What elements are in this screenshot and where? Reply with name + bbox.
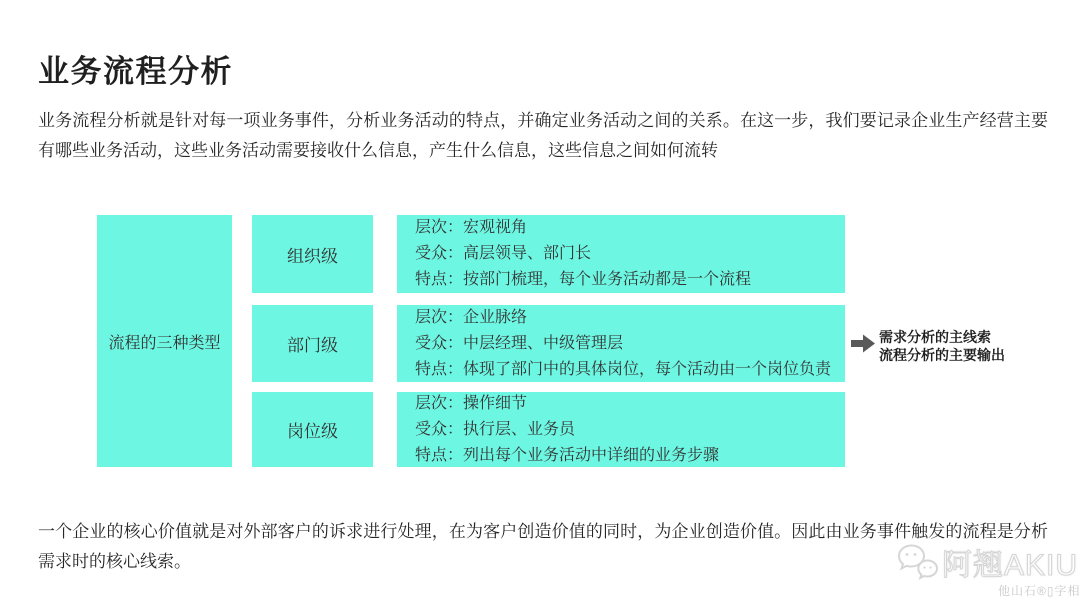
root-box-label: 流程的三种类型	[108, 330, 220, 353]
arrow-right-icon	[851, 334, 875, 358]
watermark-name: 阿翘AKIU	[942, 540, 1078, 584]
detail-line: 层次：企业脉络	[415, 305, 845, 331]
arrow-note-line-1: 需求分析的主线索	[879, 328, 1005, 346]
detail-line: 受众：执行层、业务员	[415, 417, 845, 443]
level-box-position: 岗位级	[252, 392, 373, 467]
detail-line: 受众：中层经理、中级管理层	[415, 331, 845, 357]
level-box-department: 部门级	[252, 305, 373, 382]
watermark: 阿翘AKIU	[896, 538, 1076, 584]
detail-box-department: 层次：企业脉络 受众：中层经理、中级管理层 特点：体现了部门中的具体岗位，每个活…	[397, 305, 845, 382]
detail-box-position: 层次：操作细节 受众：执行层、业务员 特点：列出每个业务活动中详细的业务步骤	[397, 392, 845, 467]
detail-line: 特点：列出每个业务活动中详细的业务步骤	[415, 443, 845, 469]
level-box-label: 岗位级	[287, 417, 338, 442]
level-box-label: 部门级	[287, 331, 338, 356]
level-box-label: 组织级	[287, 242, 338, 267]
watermark-subtext: 他山石®▯字相	[998, 582, 1080, 599]
root-box-process-types: 流程的三种类型	[97, 215, 232, 467]
arrow-note: 需求分析的主线索 流程分析的主要输出	[879, 328, 1005, 364]
detail-line: 层次：宏观视角	[415, 215, 845, 241]
detail-line: 层次：操作细节	[415, 391, 845, 417]
detail-line: 特点：体现了部门中的具体岗位，每个活动由一个岗位负责	[415, 357, 845, 383]
wechat-icon	[896, 544, 940, 587]
arrow-note-line-2: 流程分析的主要输出	[879, 346, 1005, 364]
slide: 业务流程分析 业务流程分析就是针对每一项业务事件，分析业务活动的特点，并确定业务…	[0, 0, 1080, 608]
level-box-organization: 组织级	[252, 215, 373, 293]
detail-line: 受众：高层领导、部门长	[415, 241, 845, 267]
detail-line: 特点：按部门梳理，每个业务活动都是一个流程	[415, 267, 845, 293]
detail-box-organization: 层次：宏观视角 受众：高层领导、部门长 特点：按部门梳理，每个业务活动都是一个流…	[397, 215, 845, 293]
